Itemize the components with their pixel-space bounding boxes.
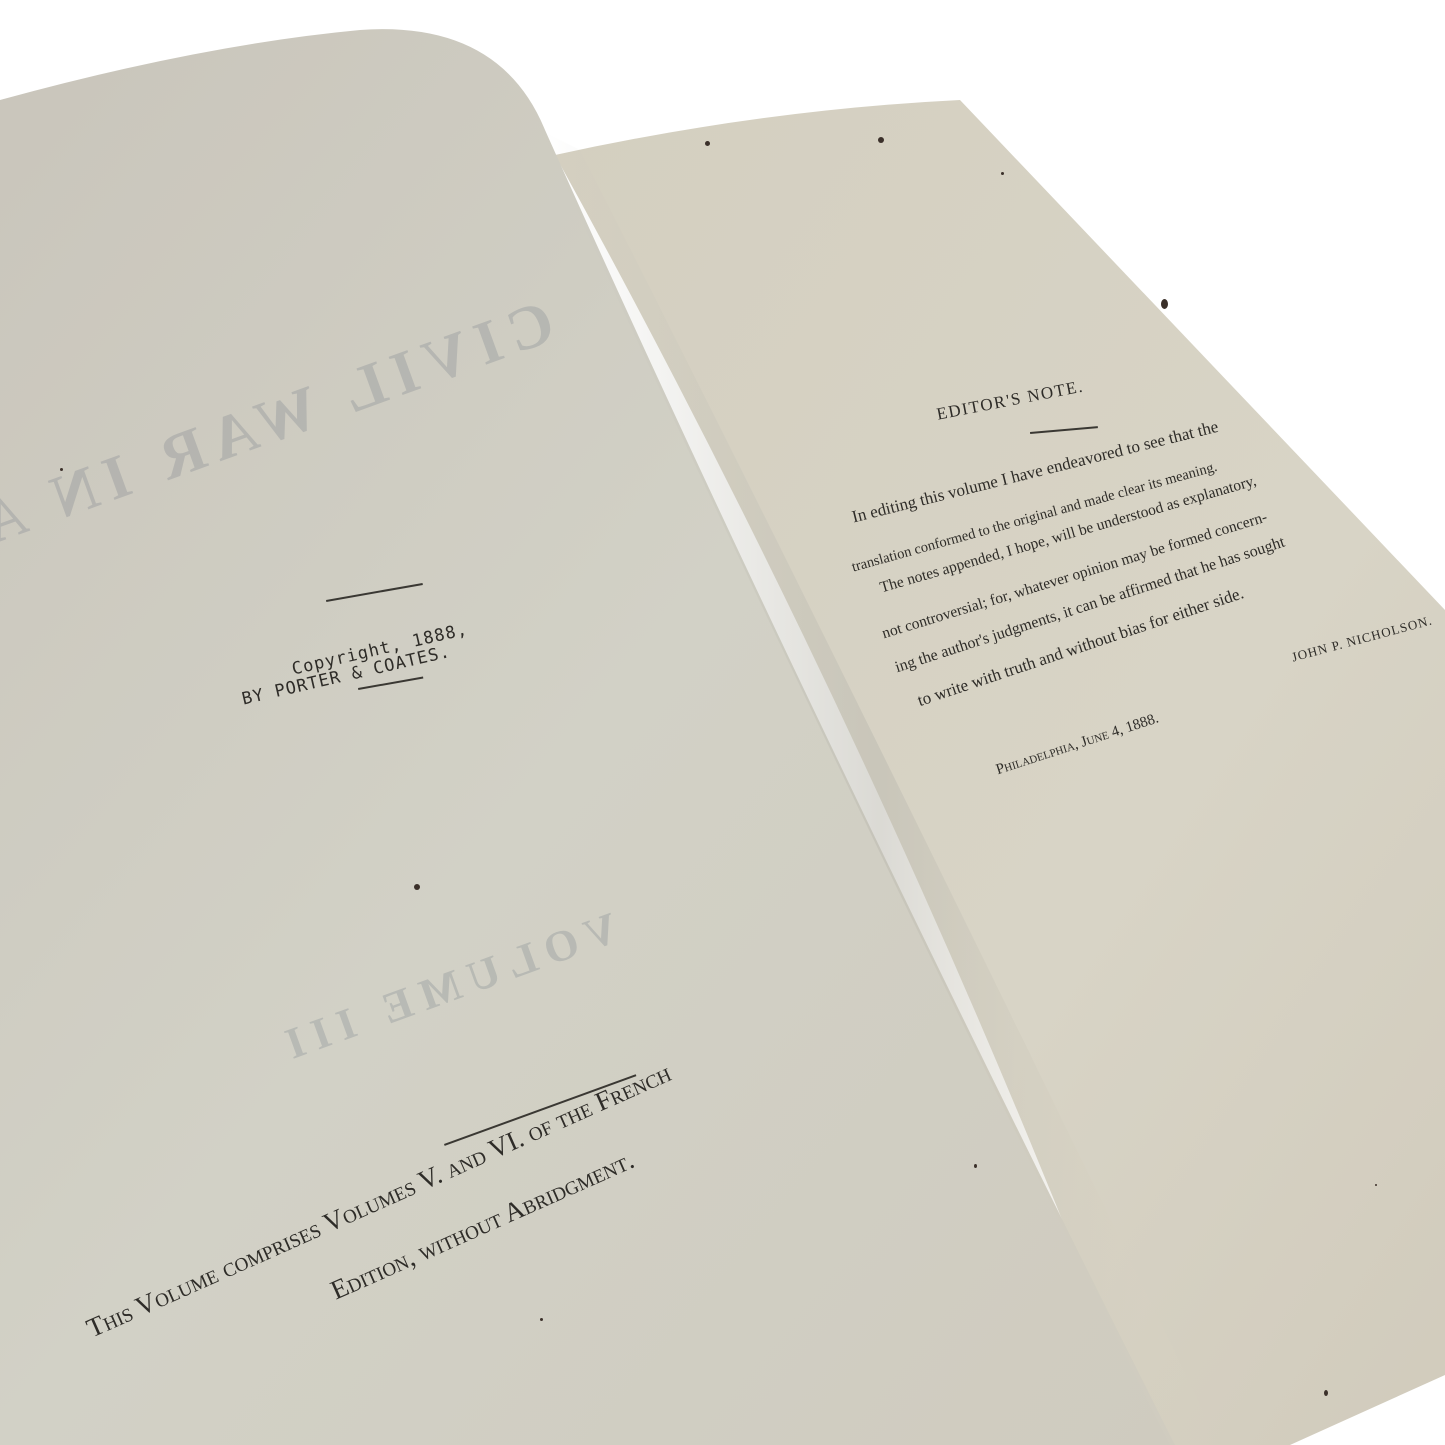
foxing-speck xyxy=(1375,1184,1377,1186)
foxing-speck xyxy=(540,1318,543,1321)
foxing-speck xyxy=(60,468,63,471)
foxing-speck xyxy=(1324,1390,1328,1396)
foxing-speck xyxy=(414,884,420,890)
foxing-speck xyxy=(974,1164,977,1168)
foxing-speck xyxy=(1161,299,1168,309)
foxing-speck xyxy=(705,141,710,146)
foxing-speck xyxy=(878,137,884,143)
book-pages xyxy=(0,0,1445,1445)
open-book-photo: CIVIL WAR IN AMERICA VOLUME III Copyrigh… xyxy=(0,0,1445,1445)
foxing-speck xyxy=(1001,172,1004,175)
